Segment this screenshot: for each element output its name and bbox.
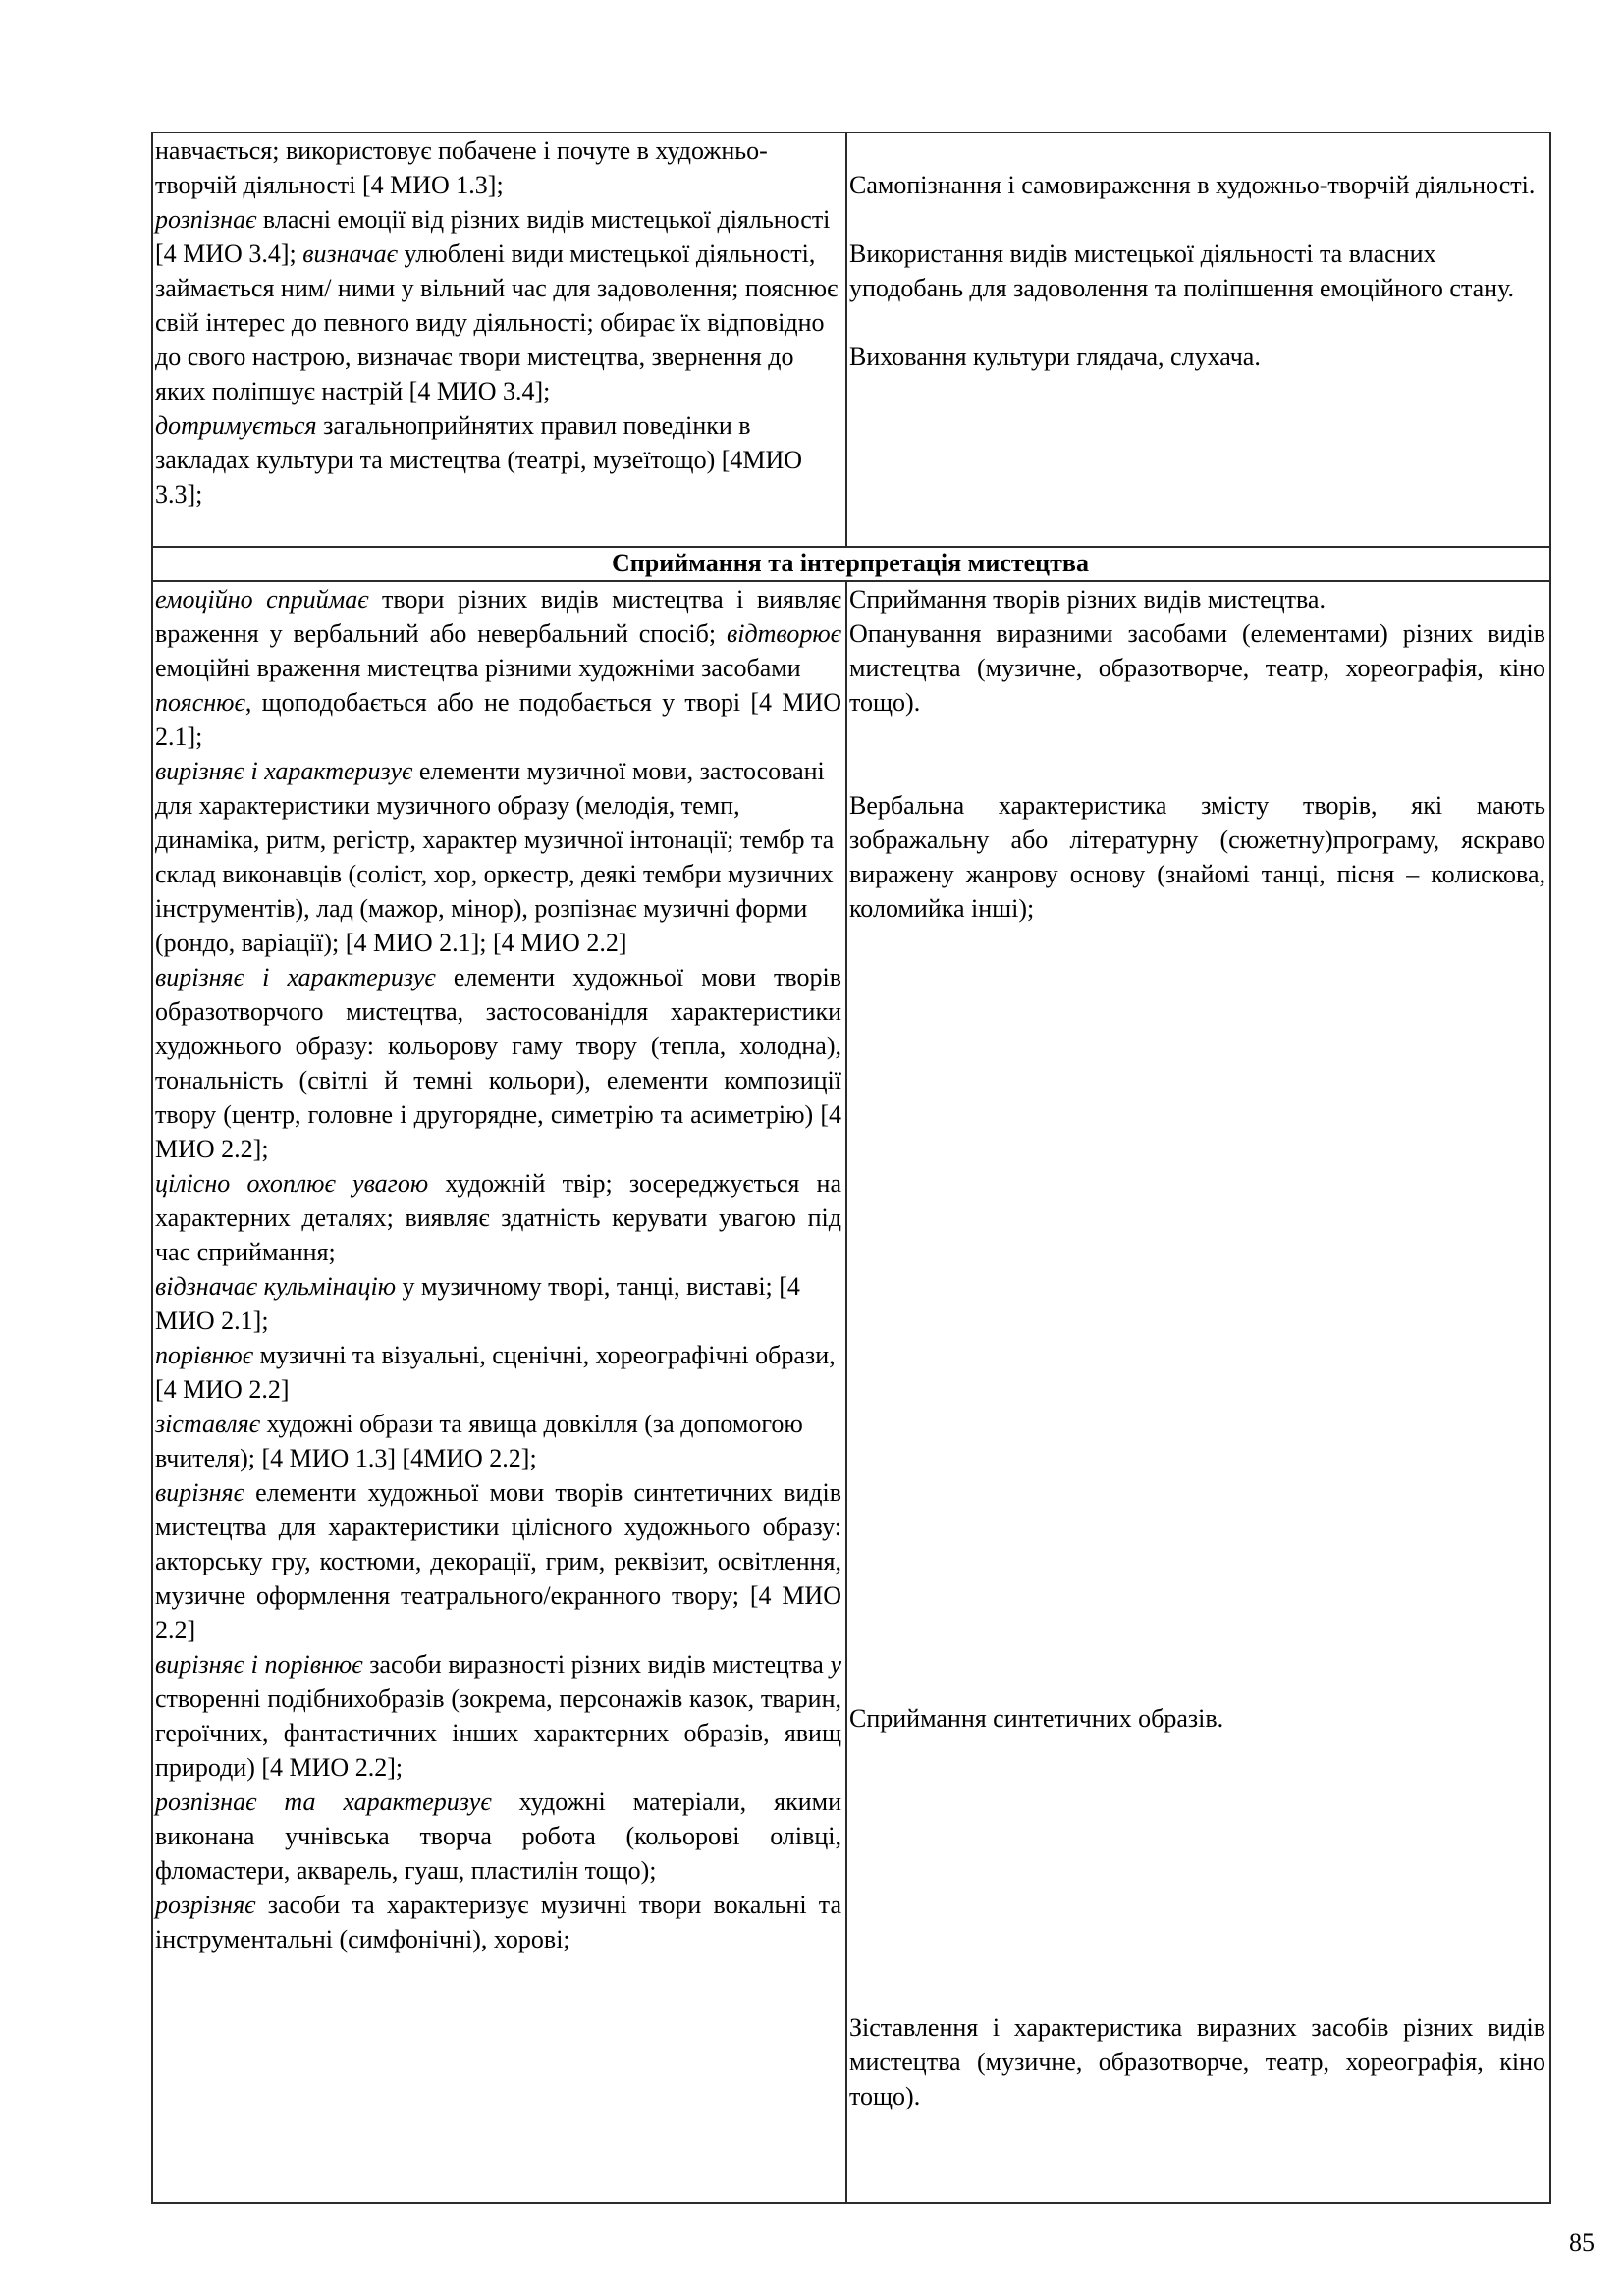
outcome-paragraph: пояснює, щоподобається або не подобаєтьс… bbox=[155, 685, 841, 754]
emphasized-verb: вирізняє bbox=[155, 1478, 244, 1507]
emphasized-verb: розрізняє bbox=[155, 1891, 256, 1919]
outcome-paragraph: дотримується загальноприйнятих правил по… bbox=[155, 408, 841, 511]
emphasized-verb: зіставляє bbox=[155, 1410, 260, 1438]
learning-outcomes-cell: навчається; використовує побачене і почу… bbox=[152, 133, 846, 547]
content-paragraph: Самопізнання і самовираження в художньо-… bbox=[849, 168, 1545, 202]
outcome-paragraph: порівнює музичні та візуальні, сценічні,… bbox=[155, 1338, 841, 1407]
outcome-paragraph: зіставляє художні образи та явища довкіл… bbox=[155, 1407, 841, 1475]
emphasized-verb: порівнює bbox=[155, 1341, 253, 1369]
outcome-paragraph: навчається; використовує побачене і почу… bbox=[155, 133, 841, 202]
emphasized-verb: розпізнає bbox=[155, 205, 256, 234]
outcome-paragraph: розпізнає власні емоції від різних видів… bbox=[155, 202, 841, 408]
content-paragraph: Сприймання творів різних видів мистецтва… bbox=[849, 582, 1545, 616]
spacer bbox=[849, 202, 1545, 237]
outcome-paragraph: вирізняє і характеризує елементи художнь… bbox=[155, 960, 841, 1166]
emphasized-verb: відтворює bbox=[727, 619, 841, 648]
text-segment: елементи художньої мови творів образотво… bbox=[155, 963, 841, 1163]
outcome-paragraph: цілісно охоплює увагою художній твір; зо… bbox=[155, 1166, 841, 1269]
section-header: Сприймання та інтерпретація мистецтва bbox=[152, 547, 1550, 581]
content-paragraph: Опанування виразними засобами (елементам… bbox=[849, 616, 1545, 720]
content-paragraph: Зіставлення і характеристика виразних за… bbox=[849, 2010, 1545, 2113]
outcome-paragraph: розрізняє засоби та характеризує музичні… bbox=[155, 1888, 841, 1956]
outcome-paragraph: вирізняє елементи художньої мови творів … bbox=[155, 1475, 841, 1647]
emphasized-verb: відзначає кульмінацію bbox=[155, 1272, 396, 1301]
text-segment: засоби та характеризує музичні твори вок… bbox=[155, 1891, 841, 1953]
text-segment: , щоподобається або не подобається у тво… bbox=[155, 688, 841, 751]
outcome-paragraph: розпізнає та характеризує художні матері… bbox=[155, 1785, 841, 1888]
section-header-row: Сприймання та інтерпретація мистецтва bbox=[152, 547, 1550, 581]
text-segment: створенні подібнихобразів (зокрема, перс… bbox=[155, 1684, 841, 1782]
text-segment: емоційні враження мистецтва різними худо… bbox=[155, 654, 801, 682]
emphasized-verb: вирізняє і порівнює bbox=[155, 1650, 363, 1679]
emphasized-verb: визначає bbox=[302, 240, 398, 268]
content-paragraph: Вербальна характеристика змісту творів, … bbox=[849, 788, 1545, 926]
text-segment: навчається; використовує побачене і почу… bbox=[155, 136, 768, 199]
outcome-paragraph: емоційно сприймає твори різних видів мис… bbox=[155, 582, 841, 685]
text-segment: засоби виразності різних видів мистецтва bbox=[363, 1650, 831, 1679]
emphasized-verb: цілісно охоплює увагою bbox=[155, 1169, 428, 1198]
text-segment: елементи музичної мови, застосовані для … bbox=[155, 757, 834, 957]
document-page: навчається; використовує побачене і почу… bbox=[0, 0, 1624, 2296]
emphasized-verb: емоційно сприймає bbox=[155, 585, 369, 614]
content-cell: Самопізнання і самовираження в художньо-… bbox=[846, 133, 1550, 547]
content-paragraph: Використання видів мистецької діяльності… bbox=[849, 237, 1545, 305]
spacer bbox=[849, 133, 1545, 168]
emphasized-verb: розпізнає та характеризує bbox=[155, 1788, 492, 1816]
spacer bbox=[849, 305, 1545, 340]
content-cell: Сприймання творів різних видів мистецтва… bbox=[846, 581, 1550, 2203]
emphasized-verb: дотримується bbox=[155, 411, 317, 440]
outcome-paragraph: відзначає кульмінацію у музичному творі,… bbox=[155, 1269, 841, 1338]
emphasized-verb: у bbox=[830, 1650, 841, 1679]
spacer bbox=[849, 1735, 1545, 2010]
outcome-paragraph: вирізняє і порівнює засоби виразності рі… bbox=[155, 1647, 841, 1785]
text-segment: елементи художньої мови творів синтетичн… bbox=[155, 1478, 841, 1644]
table-row: навчається; використовує побачене і почу… bbox=[152, 133, 1550, 547]
spacer bbox=[849, 720, 1545, 788]
content-paragraph: Сприймання синтетичних образів. bbox=[849, 1701, 1545, 1735]
curriculum-table: навчається; використовує побачене і почу… bbox=[151, 132, 1551, 2204]
page-number: 85 bbox=[1569, 2228, 1595, 2258]
spacer bbox=[849, 926, 1545, 1701]
emphasized-verb: вирізняє і характеризує bbox=[155, 757, 412, 785]
outcome-paragraph: вирізняє і характеризує елементи музично… bbox=[155, 754, 841, 960]
emphasized-verb: пояснює bbox=[155, 688, 245, 717]
text-segment: музичні та візуальні, сценічні, хореогра… bbox=[155, 1341, 836, 1404]
emphasized-verb: вирізняє і характеризує bbox=[155, 963, 436, 991]
learning-outcomes-cell: емоційно сприймає твори різних видів мис… bbox=[152, 581, 846, 2203]
content-paragraph: Виховання культури глядача, слухача. bbox=[849, 340, 1545, 374]
table-row: емоційно сприймає твори різних видів мис… bbox=[152, 581, 1550, 2203]
